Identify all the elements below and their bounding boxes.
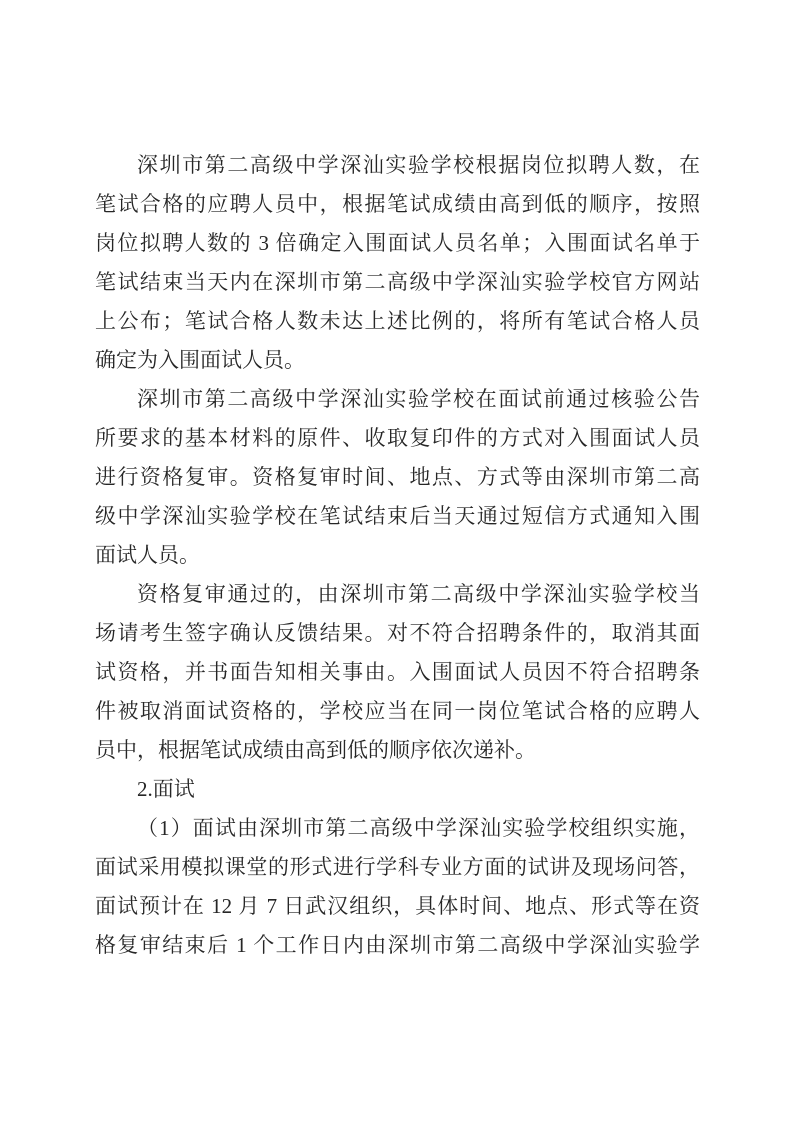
- text-line: 面试采用模拟课堂的形式进行学科专业方面的试讲及现场问答，: [95, 848, 700, 887]
- text-line: 级中学深汕实验学校在笔试结束后当天通过短信方式通知入围: [95, 497, 700, 536]
- text-line: 2.面试: [95, 770, 700, 809]
- text-line: 面试预计在 12 月 7 日武汉组织，具体时间、地点、形式等在资: [95, 887, 700, 926]
- text-line: 笔试合格的应聘人员中，根据笔试成绩由高到低的顺序，按照: [95, 185, 700, 224]
- text-line: 深圳市第二高级中学深汕实验学校在面试前通过核验公告: [95, 380, 700, 419]
- text-line: 资格复审通过的，由深圳市第二高级中学深汕实验学校当: [95, 575, 700, 614]
- paragraph: 深圳市第二高级中学深汕实验学校在面试前通过核验公告所要求的基本材料的原件、收取复…: [95, 380, 700, 575]
- document-page: 深圳市第二高级中学深汕实验学校根据岗位拟聘人数，在笔试合格的应聘人员中，根据笔试…: [0, 0, 794, 1123]
- text-line: 笔试结束当天内在深圳市第二高级中学深汕实验学校官方网站: [95, 263, 700, 302]
- text-line: 面试人员。: [95, 536, 700, 575]
- text-line: 岗位拟聘人数的 3 倍确定入围面试人员名单；入围面试名单于: [95, 224, 700, 263]
- paragraph: （1）面试由深圳市第二高级中学深汕实验学校组织实施，面试采用模拟课堂的形式进行学…: [95, 809, 700, 965]
- text-line: 所要求的基本材料的原件、收取复印件的方式对入围面试人员: [95, 419, 700, 458]
- document-body: 深圳市第二高级中学深汕实验学校根据岗位拟聘人数，在笔试合格的应聘人员中，根据笔试…: [95, 146, 700, 965]
- text-line: 格复审结束后 1 个工作日内由深圳市第二高级中学深汕实验学: [95, 926, 700, 965]
- paragraph: 2.面试: [95, 770, 700, 809]
- text-line: 上公布；笔试合格人数未达上述比例的，将所有笔试合格人员: [95, 302, 700, 341]
- text-line: 场请考生签字确认反馈结果。对不符合招聘条件的，取消其面: [95, 614, 700, 653]
- text-line: 员中，根据笔试成绩由高到低的顺序依次递补。: [95, 731, 700, 770]
- text-line: 件被取消面试资格的，学校应当在同一岗位笔试合格的应聘人: [95, 692, 700, 731]
- text-line: 进行资格复审。资格复审时间、地点、方式等由深圳市第二高: [95, 458, 700, 497]
- text-line: （1）面试由深圳市第二高级中学深汕实验学校组织实施，: [95, 809, 700, 848]
- text-line: 试资格，并书面告知相关事由。入围面试人员因不符合招聘条: [95, 653, 700, 692]
- text-line: 深圳市第二高级中学深汕实验学校根据岗位拟聘人数，在: [95, 146, 700, 185]
- paragraph: 深圳市第二高级中学深汕实验学校根据岗位拟聘人数，在笔试合格的应聘人员中，根据笔试…: [95, 146, 700, 380]
- text-line: 确定为入围面试人员。: [95, 341, 700, 380]
- paragraph: 资格复审通过的，由深圳市第二高级中学深汕实验学校当场请考生签字确认反馈结果。对不…: [95, 575, 700, 770]
